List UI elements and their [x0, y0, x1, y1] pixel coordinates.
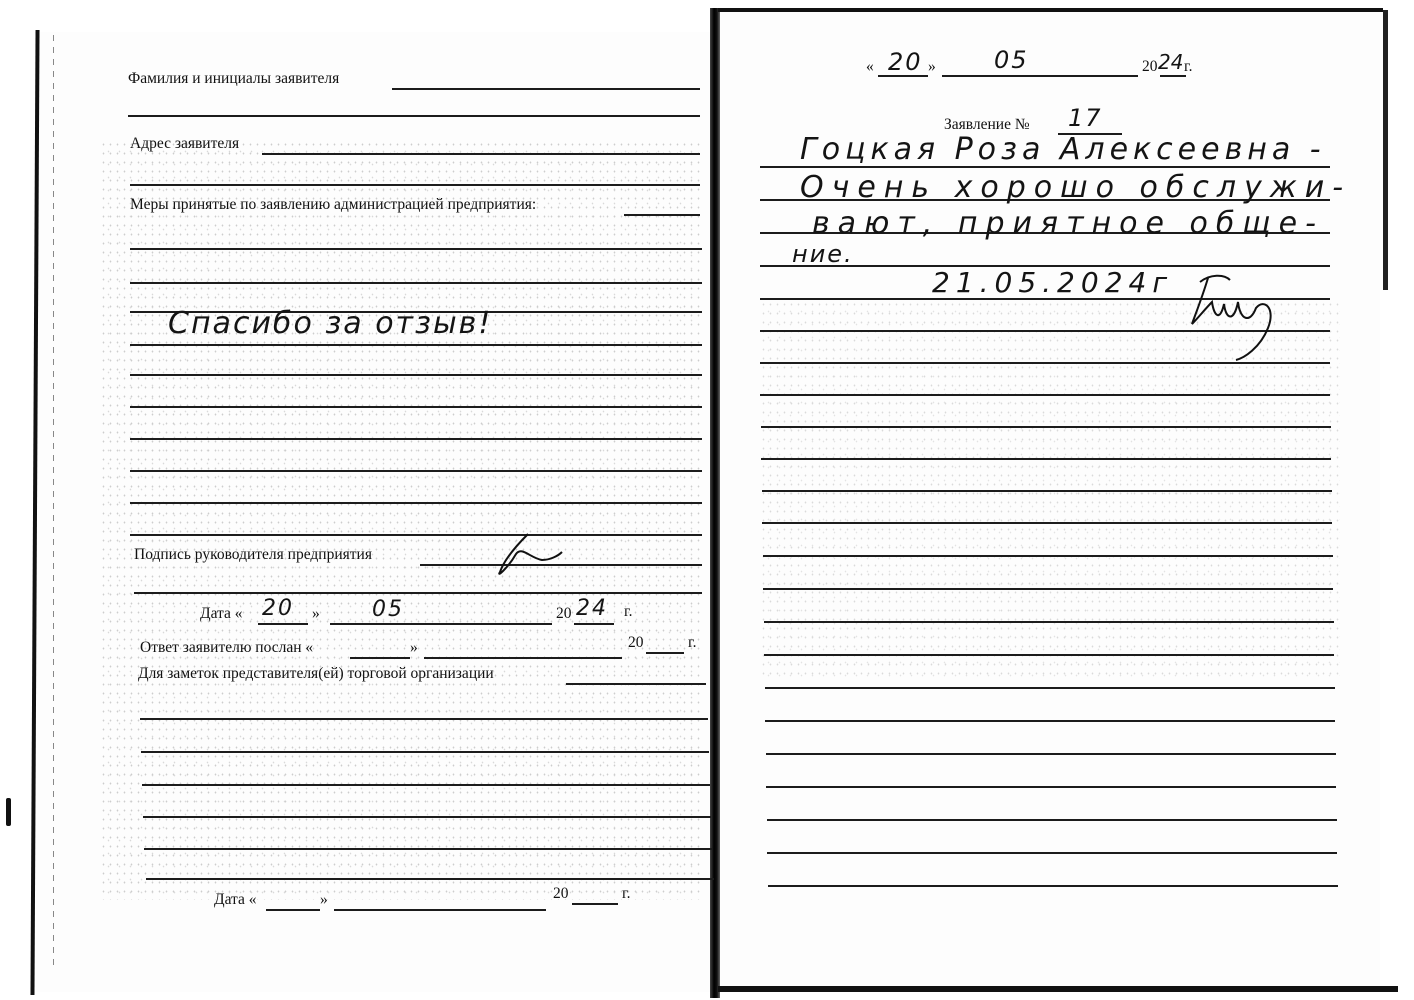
handwritten-line: Очень хорошо обслужи- — [800, 170, 1351, 205]
measures-label: Меры принятые по заявлению администрацие… — [130, 196, 536, 214]
date-label: Дата « — [200, 605, 243, 623]
header-open-quote: « — [866, 58, 874, 76]
header-close-quote: » — [928, 58, 936, 76]
manager-signature-mark — [486, 528, 566, 578]
reply-sent-label: Ответ заявителю послан « — [140, 639, 313, 657]
ruled-line[interactable] — [761, 458, 1331, 460]
date-month-field[interactable] — [330, 623, 552, 625]
handwritten-line: вают, приятное обще- — [812, 206, 1324, 241]
ruled-line[interactable] — [768, 885, 1338, 887]
ruled-line[interactable] — [130, 470, 702, 472]
bottom-year-field[interactable] — [572, 903, 618, 905]
ruled-line[interactable] — [761, 426, 1331, 428]
header-month-value: 05 — [994, 46, 1029, 74]
applicant-name-label: Фамилия и инициалы заявителя — [128, 70, 339, 88]
handwritten-line: ние. — [792, 240, 854, 268]
ruled-line[interactable] — [142, 784, 710, 786]
date-day-value: 20 — [262, 596, 294, 621]
header-year-unit: г. — [1184, 58, 1192, 76]
manager-signature-label: Подпись руководителя предприятия — [134, 546, 372, 564]
ruled-line[interactable] — [130, 248, 702, 250]
ruled-line[interactable] — [766, 786, 1336, 788]
applicant-address-field[interactable] — [262, 153, 700, 155]
date-close-quote: » — [312, 605, 320, 623]
applicant-address-field-line2[interactable] — [130, 184, 700, 186]
ruled-line[interactable] — [762, 490, 1332, 492]
header-year-field[interactable] — [1160, 75, 1186, 77]
ruled-line[interactable] — [765, 720, 1335, 722]
notes-label: Для заметок представителя(ей) торговой о… — [138, 665, 494, 683]
date-year-unit: г. — [624, 603, 632, 621]
statement-number-value: 17 — [1068, 104, 1103, 132]
reply-year-prefix: 20 — [628, 634, 644, 652]
header-day-value: 20 — [888, 48, 923, 76]
reply-month-field[interactable] — [424, 657, 622, 659]
ruled-line[interactable] — [764, 654, 1334, 656]
ruled-line[interactable] — [130, 374, 702, 376]
ruled-line[interactable] — [767, 819, 1337, 821]
right-page-bottom-edge — [718, 986, 1398, 992]
handwritten-date: 21.05.2024г — [932, 266, 1173, 299]
date-year-prefix: 20 — [556, 605, 572, 623]
ruled-line[interactable] — [130, 438, 702, 440]
right-page-top-edge — [718, 8, 1383, 12]
ruled-line[interactable] — [767, 852, 1337, 854]
applicant-name-field[interactable] — [392, 88, 700, 90]
reply-year-unit: г. — [688, 634, 696, 652]
applicant-address-label: Адрес заявителя — [130, 135, 239, 153]
date-day-field[interactable] — [258, 623, 308, 625]
right-page-edge — [1383, 10, 1388, 290]
ruled-line[interactable] — [144, 848, 712, 850]
ruled-line[interactable] — [130, 282, 702, 284]
ruled-line[interactable] — [134, 592, 702, 594]
ruled-line[interactable] — [765, 687, 1335, 689]
header-year-value: 24 — [1158, 50, 1183, 74]
ruled-line[interactable] — [763, 588, 1333, 590]
handwritten-line: Гоцкая Роза Алексеевна - — [800, 132, 1326, 167]
left-margin-perforation — [53, 35, 54, 965]
bottom-date-month-field[interactable] — [334, 909, 546, 911]
ruled-line[interactable] — [130, 344, 702, 346]
applicant-name-field-line2[interactable] — [128, 115, 700, 117]
date-month-value: 05 — [372, 597, 404, 622]
ruled-line[interactable] — [130, 406, 702, 408]
ruled-line[interactable] — [130, 534, 702, 536]
date-year-value: 24 — [576, 596, 608, 621]
ruled-line[interactable] — [760, 394, 1330, 396]
ruled-line[interactable] — [764, 621, 1334, 623]
scan-margin-mark — [6, 798, 11, 826]
reply-day-field[interactable] — [350, 657, 410, 659]
bottom-date-close-quote: » — [320, 891, 328, 909]
ruled-line[interactable] — [762, 522, 1332, 524]
ruled-line[interactable] — [143, 816, 711, 818]
date-year-field[interactable] — [574, 623, 614, 625]
header-year-prefix: 20 — [1142, 58, 1158, 76]
measures-response-handwritten: Спасибо за отзыв! — [168, 306, 492, 341]
bottom-year-unit: г. — [622, 885, 630, 903]
notes-field[interactable] — [566, 683, 706, 685]
ruled-line[interactable] — [140, 718, 708, 720]
bottom-date-label: Дата « — [214, 891, 257, 909]
bottom-date-day-field[interactable] — [266, 909, 320, 911]
ruled-line[interactable] — [766, 753, 1336, 755]
applicant-signature-mark — [1180, 268, 1290, 364]
ruled-line[interactable] — [141, 751, 709, 753]
header-month-field[interactable] — [942, 75, 1138, 77]
reply-close-quote: » — [410, 639, 418, 657]
measures-field[interactable] — [624, 214, 700, 216]
ruled-line[interactable] — [763, 555, 1333, 557]
ruled-line[interactable] — [130, 502, 702, 504]
bottom-year-prefix: 20 — [553, 885, 569, 903]
ruled-line[interactable] — [146, 878, 714, 880]
reply-year-field[interactable] — [646, 652, 684, 654]
